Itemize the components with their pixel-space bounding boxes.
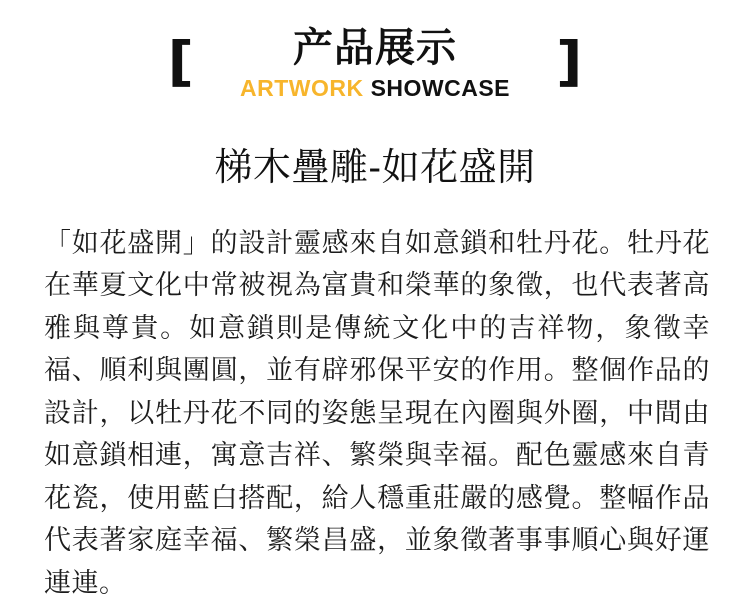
subtitle-rest-word: SHOWCASE [371,75,510,101]
section-title: 产品展示 [293,26,457,70]
section-header: [ 产品展示 ARTWORKSHOWCASE ] [0,26,750,102]
subtitle-accent-word: ARTWORK [240,75,364,101]
header-center: 产品展示 ARTWORKSHOWCASE [240,26,510,102]
product-showcase-page: [ 产品展示 ARTWORKSHOWCASE ] 梯木疊雕-如花盛開 「如花盛開… [0,0,750,600]
bracket-right-decoration: ] [556,35,583,94]
section-subtitle: ARTWORKSHOWCASE [240,75,510,102]
bracket-left-decoration: [ [167,35,194,94]
artwork-description: 「如花盛開」的設計靈感來自如意鎖和牡丹花。牡丹花在華夏文化中常被視為富貴和榮華的… [44,222,710,600]
artwork-title: 梯木疊雕-如花盛開 [0,146,750,192]
